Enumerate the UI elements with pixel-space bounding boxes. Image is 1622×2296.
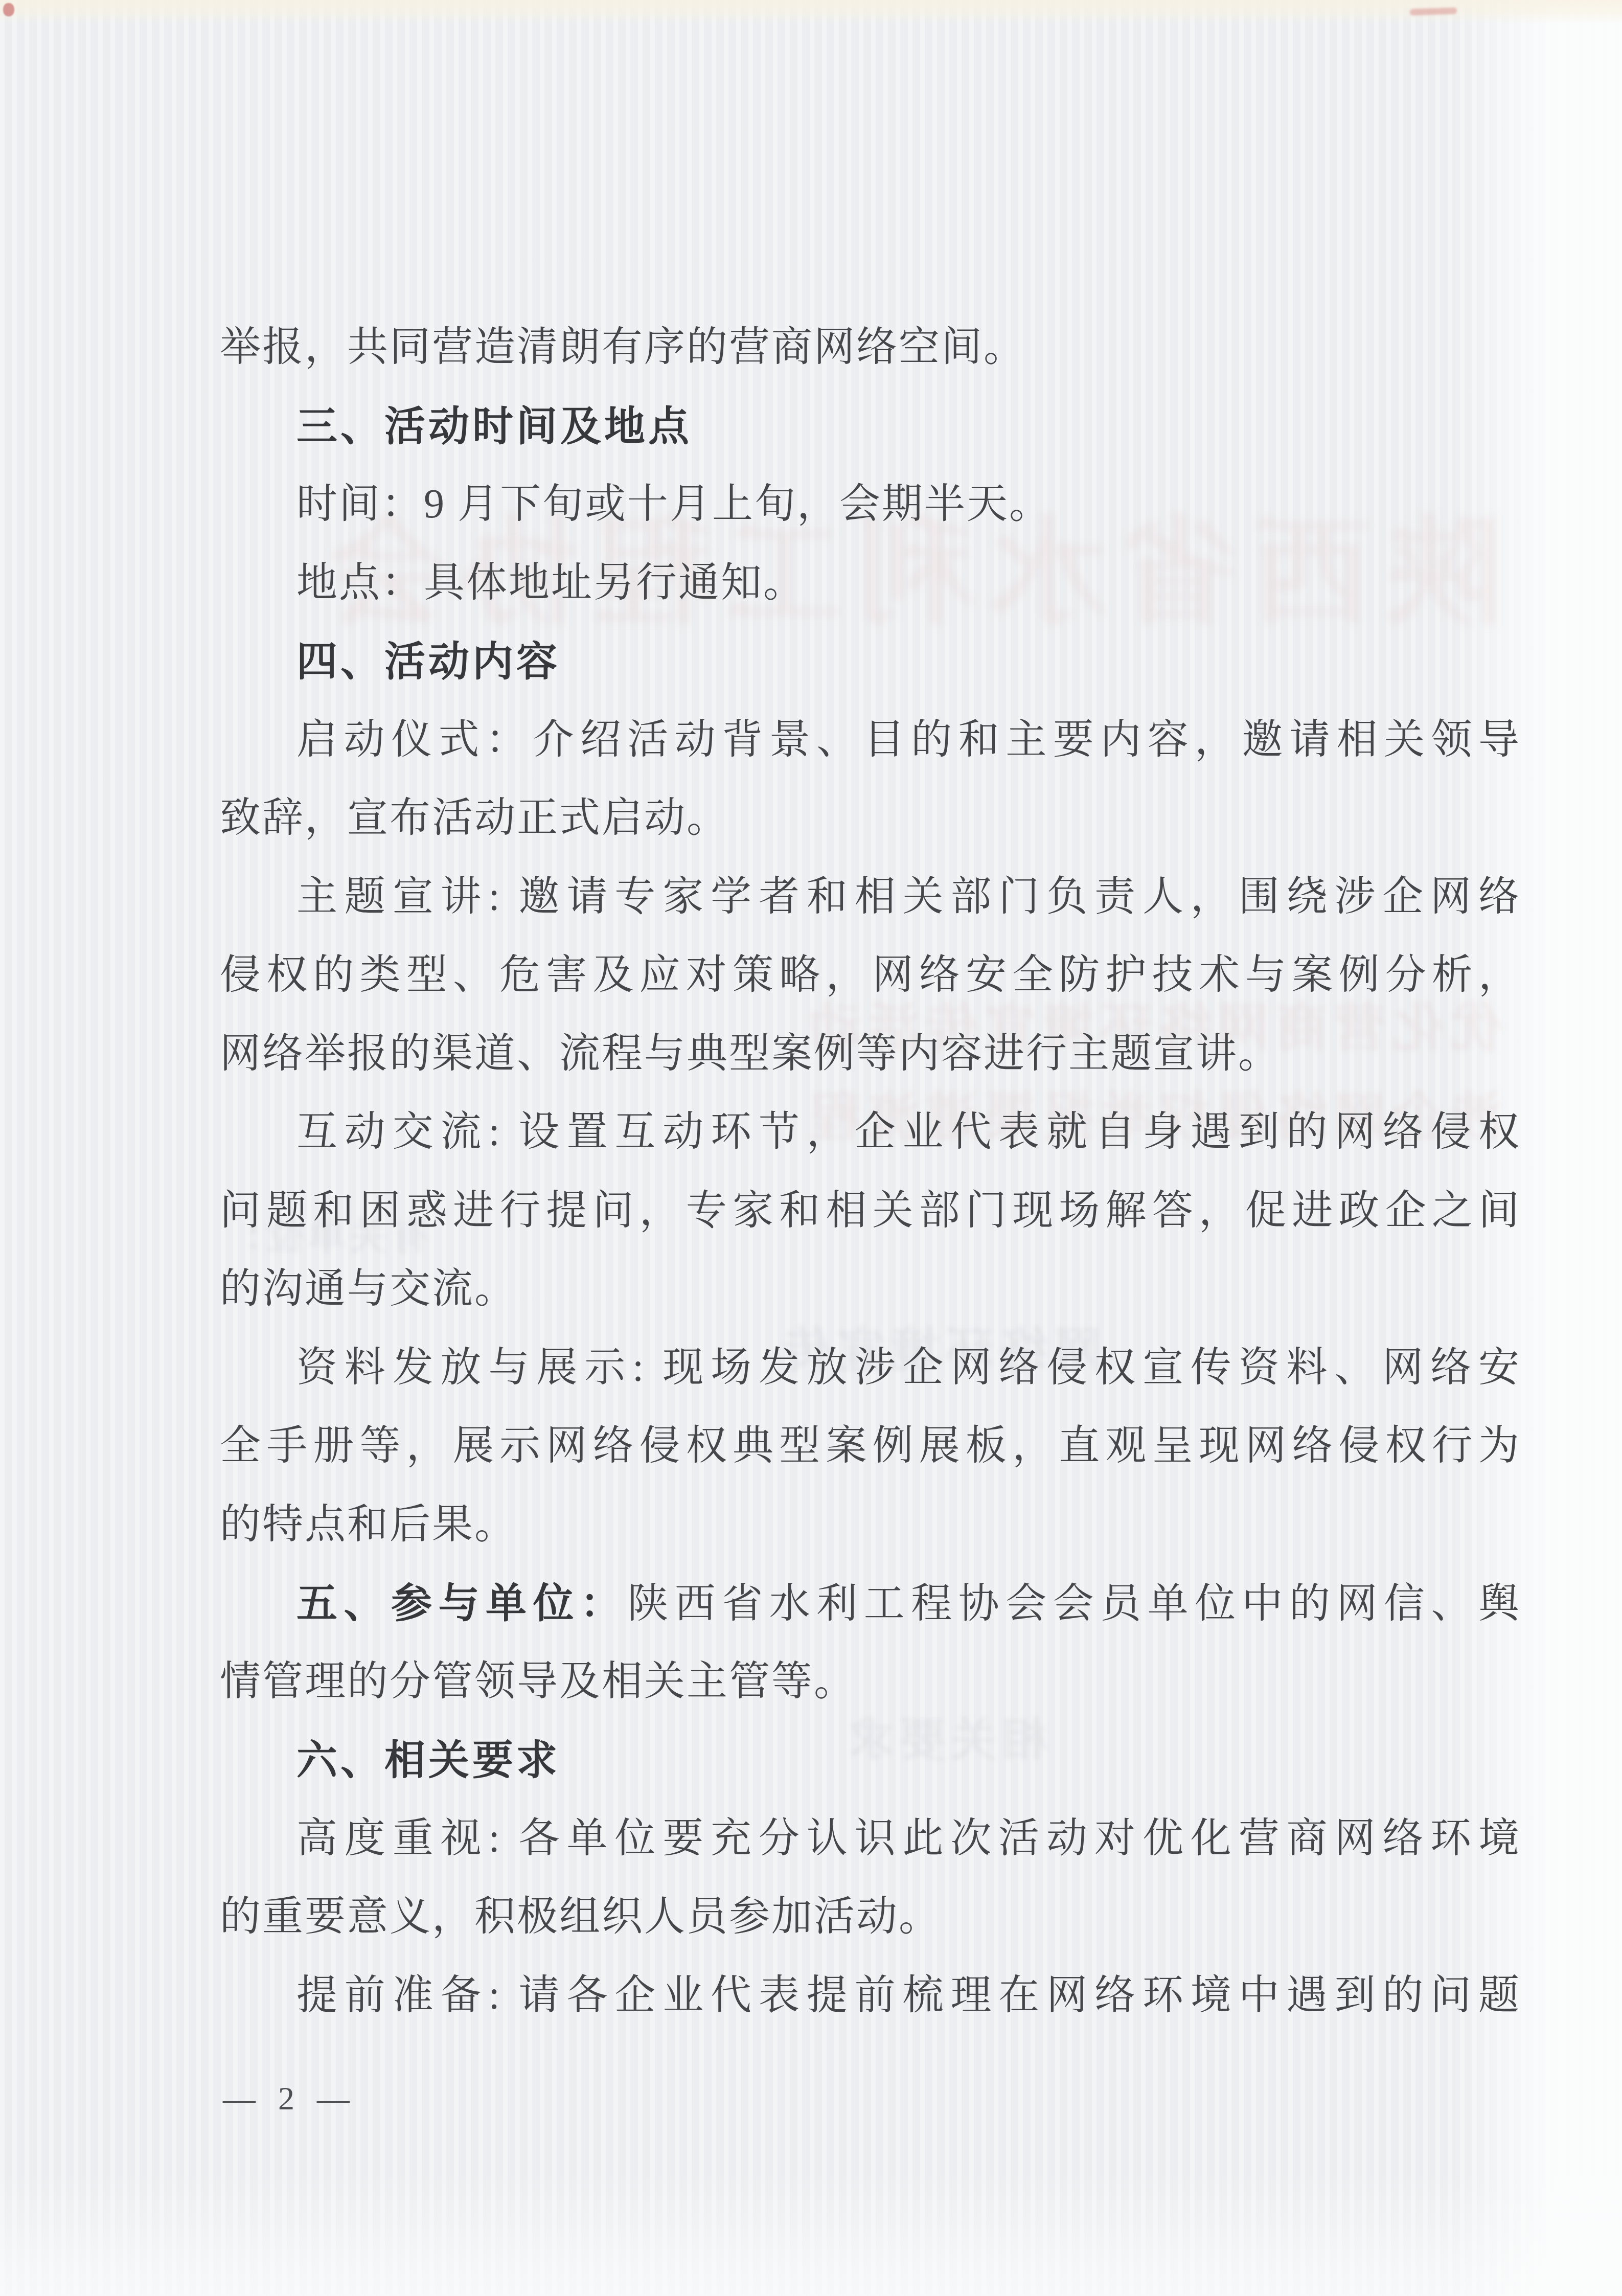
text-line: 问题和困惑进行提问，专家和相关部门现场解答，促进政企之间 bbox=[220, 1172, 1521, 1251]
line-bold-label: 五、参与单位： bbox=[296, 1580, 627, 1626]
line-text: 侵权的类型、危害及应对策略，网络安全防护技术与案例分析， bbox=[220, 952, 1521, 997]
text-line: 时间：9 月下旬或十月上旬，会期半天。 bbox=[220, 465, 1521, 544]
line-text: 三、活动时间及地点 bbox=[296, 403, 692, 449]
text-line: 的沟通与交流。 bbox=[220, 1250, 1521, 1329]
line-text: 举报，共同营造清朗有序的营商网络空间。 bbox=[220, 325, 1026, 370]
document-page: 陕西省水利工程协会 优化营商网络环境宣传活动 涉企网络侵权举报渠道流程 有关单位… bbox=[0, 0, 1622, 2296]
text-line: 高度重视: 各单位要充分认识此次活动对优化营商网络环境 bbox=[220, 1800, 1521, 1878]
text-line: 网络举报的渠道、流程与典型案例等内容进行主题宣讲。 bbox=[220, 1015, 1521, 1094]
line-text: 问题和困惑进行提问，专家和相关部门现场解答，促进政企之间 bbox=[220, 1188, 1521, 1233]
page-number: — 2 — bbox=[223, 2080, 357, 2118]
text-line: 互动交流: 设置互动环节，企业代表就自身遇到的网络侵权 bbox=[220, 1093, 1521, 1172]
text-line: 的特点和后果。 bbox=[220, 1486, 1521, 1564]
text-line: 主题宣讲: 邀请专家学者和相关部门负责人，围绕涉企网络 bbox=[220, 858, 1521, 937]
line-text: 启动仪式：介绍活动背景、目的和主要内容，邀请相关领导 bbox=[296, 717, 1521, 762]
text-line: 提前准备: 请各企业代表提前梳理在网络环境中遇到的问题 bbox=[220, 1957, 1521, 2035]
red-speck-top-right bbox=[1410, 7, 1457, 15]
line-text: 四、活动内容 bbox=[296, 639, 560, 684]
line-text: 全手册等，展示网络侵权典型案例展板，直观呈现网络侵权行为 bbox=[220, 1423, 1521, 1468]
text-line: 全手册等，展示网络侵权典型案例展板，直观呈现网络侵权行为 bbox=[220, 1407, 1521, 1486]
text-line: 的重要意义，积极组织人员参加活动。 bbox=[220, 1878, 1521, 1957]
document-body: 举报，共同营造清朗有序的营商网络空间。三、活动时间及地点时间：9 月下旬或十月上… bbox=[220, 308, 1521, 2035]
text-line: 情管理的分管领导及相关主管等。 bbox=[220, 1643, 1521, 1721]
line-text: 六、相关要求 bbox=[296, 1737, 560, 1783]
line-text: 的重要意义，积极组织人员参加活动。 bbox=[220, 1894, 941, 1939]
line-text: 地点：具体地址另行通知。 bbox=[296, 560, 806, 605]
line-text: 陕西省水利工程协会会员单位中的网信、舆 bbox=[627, 1581, 1521, 1626]
line-text: 情管理的分管领导及相关主管等。 bbox=[220, 1659, 856, 1704]
line-text: 互动交流: 设置互动环节，企业代表就自身遇到的网络侵权 bbox=[296, 1109, 1521, 1154]
text-line: 三、活动时间及地点 bbox=[220, 387, 1521, 466]
line-text: 提前准备: 请各企业代表提前梳理在网络环境中遇到的问题 bbox=[296, 1973, 1521, 2018]
text-line: 五、参与单位：陕西省水利工程协会会员单位中的网信、舆 bbox=[220, 1564, 1521, 1643]
line-text: 的沟通与交流。 bbox=[220, 1266, 517, 1311]
red-speck-top-left bbox=[3, 3, 14, 16]
line-text: 网络举报的渠道、流程与典型案例等内容进行主题宣讲。 bbox=[220, 1031, 1281, 1076]
line-text: 致辞，宣布活动正式启动。 bbox=[220, 795, 729, 840]
text-line: 地点：具体地址另行通知。 bbox=[220, 544, 1521, 623]
line-text: 时间：9 月下旬或十月上旬，会期半天。 bbox=[296, 482, 1052, 527]
text-line: 四、活动内容 bbox=[220, 622, 1521, 701]
text-line: 侵权的类型、危害及应对策略，网络安全防护技术与案例分析， bbox=[220, 936, 1521, 1015]
line-text: 主题宣讲: 邀请专家学者和相关部门负责人，围绕涉企网络 bbox=[296, 874, 1521, 919]
text-line: 举报，共同营造清朗有序的营商网络空间。 bbox=[220, 308, 1521, 387]
text-line: 启动仪式：介绍活动背景、目的和主要内容，邀请相关领导 bbox=[220, 701, 1521, 780]
text-line: 资料发放与展示: 现场发放涉企网络侵权宣传资料、网络安 bbox=[220, 1329, 1521, 1407]
line-text: 高度重视: 各单位要充分认识此次活动对优化营商网络环境 bbox=[296, 1816, 1521, 1861]
text-line: 六、相关要求 bbox=[220, 1721, 1521, 1800]
line-text: 的特点和后果。 bbox=[220, 1502, 517, 1547]
line-text: 资料发放与展示: 现场发放涉企网络侵权宣传资料、网络安 bbox=[296, 1345, 1521, 1390]
text-line: 致辞，宣布活动正式启动。 bbox=[220, 779, 1521, 858]
